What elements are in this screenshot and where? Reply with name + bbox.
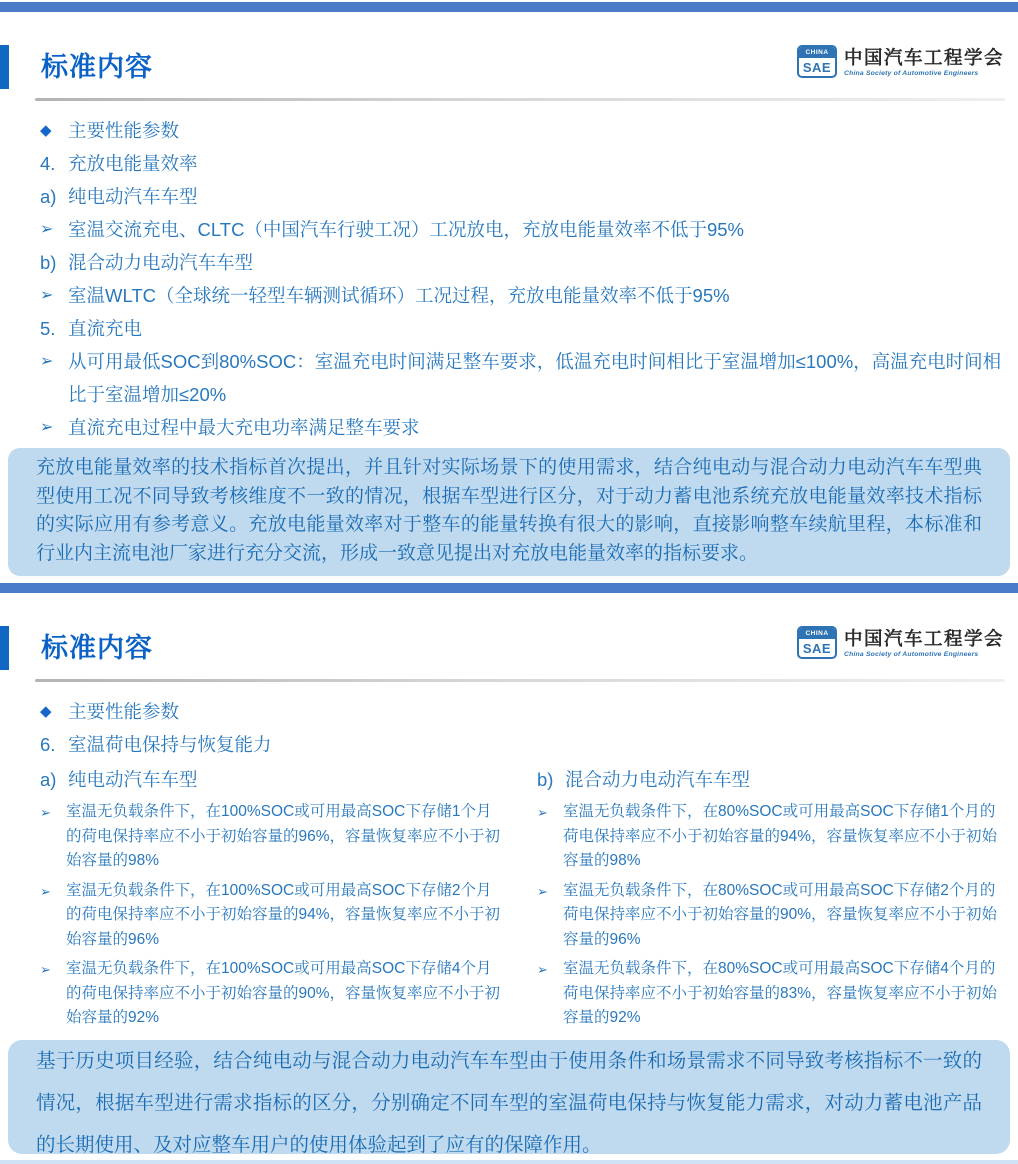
brand-name-cn: 中国汽车工程学会 (844, 628, 1004, 649)
badge-china-label: CHINA (799, 628, 835, 639)
slide-top-bar (0, 2, 1018, 12)
list-item: ➢ 室温无负载条件下，在100%SOC或可用最高SOC下存储1个月的荷电保持率应… (40, 800, 501, 874)
column-header-text: 混合动力电动汽车车型 (565, 765, 998, 795)
arrow-bullet-icon: ➢ (40, 879, 66, 953)
arrow-bullet-icon: ➢ (40, 411, 68, 444)
letter-marker: a) (40, 765, 68, 795)
list-item-text: 混合动力电动汽车车型 (68, 246, 1004, 279)
list-item-text: 室温无负载条件下，在80%SOC或可用最高SOC下存储2个月的荷电保持率应不小于… (563, 879, 998, 953)
arrow-bullet-icon: ➢ (40, 279, 68, 312)
list-item-text: 充放电能量效率 (68, 147, 1004, 180)
diamond-icon: ◆ (40, 114, 68, 147)
list-item-text: 主要性能参数 (68, 114, 1004, 147)
letter-marker: b) (40, 246, 68, 279)
slide-top-bar (0, 583, 1018, 593)
brand-name-en: China Society of Automotive Engineers (844, 70, 1004, 77)
arrow-bullet-icon: ➢ (537, 957, 563, 1031)
column-a: a) 纯电动汽车车型 ➢ 室温无负载条件下，在100%SOC或可用最高SOC下存… (40, 765, 501, 1031)
list-item: ➢ 直流充电过程中最大充电功率满足整车要求 (40, 411, 1004, 444)
arrow-bullet-icon: ➢ (40, 957, 66, 1031)
title-accent-bar (0, 45, 9, 89)
two-column-area: a) 纯电动汽车车型 ➢ 室温无负载条件下，在100%SOC或可用最高SOC下存… (40, 765, 998, 1031)
number-marker: 6. (40, 728, 68, 761)
list-item: 5. 直流充电 (40, 312, 1004, 345)
content-list: ◆ 主要性能参数 6. 室温荷电保持与恢复能力 (40, 695, 1004, 761)
brand-name-cn: 中国汽车工程学会 (844, 47, 1004, 68)
list-item: ➢ 室温无负载条件下，在80%SOC或可用最高SOC下存储2个月的荷电保持率应不… (537, 879, 998, 953)
sae-logo: CHINA SAE 中国汽车工程学会 China Society of Auto… (797, 626, 1004, 659)
list-item: ◆ 主要性能参数 (40, 114, 1004, 147)
column-header-text: 纯电动汽车车型 (68, 765, 501, 795)
list-item-text: 室温无负载条件下，在80%SOC或可用最高SOC下存储4个月的荷电保持率应不小于… (563, 957, 998, 1031)
list-item: ➢ 室温无负载条件下，在80%SOC或可用最高SOC下存储4个月的荷电保持率应不… (537, 957, 998, 1031)
heading-text: 室温荷电保持与恢复能力 (68, 728, 1004, 761)
column-b: b) 混合动力电动汽车车型 ➢ 室温无负载条件下，在80%SOC或可用最高SOC… (537, 765, 998, 1031)
list-item-text: 室温无负载条件下，在80%SOC或可用最高SOC下存储1个月的荷电保持率应不小于… (563, 800, 998, 874)
list-item-text: 室温WLTC（全球统一轻型车辆测试循环）工况过程，充放电能量效率不低于95% (68, 279, 1004, 312)
column-a-header: a) 纯电动汽车车型 (40, 765, 501, 795)
sae-badge-icon: CHINA SAE (797, 626, 837, 659)
list-item: 6. 室温荷电保持与恢复能力 (40, 728, 1004, 761)
letter-marker: a) (40, 180, 68, 213)
header-divider (35, 98, 1005, 101)
letter-marker: b) (537, 765, 565, 795)
brand-name-en: China Society of Automotive Engineers (844, 651, 1004, 658)
sae-logo: CHINA SAE 中国汽车工程学会 China Society of Auto… (797, 45, 1004, 78)
badge-sae-label: SAE (799, 639, 835, 657)
list-item-text: 室温无负载条件下，在100%SOC或可用最高SOC下存储1个月的荷电保持率应不小… (66, 800, 501, 874)
list-item: a) 纯电动汽车车型 (40, 180, 1004, 213)
slide-1: 标准内容 CHINA SAE 中国汽车工程学会 China Society of… (0, 0, 1018, 581)
arrow-bullet-icon: ➢ (537, 800, 563, 874)
list-item-text: 直流充电 (68, 312, 1004, 345)
page-bottom-strip (0, 1160, 1018, 1164)
list-item: ◆ 主要性能参数 (40, 695, 1004, 728)
summary-note: 充放电能量效率的技术指标首次提出，并且针对实际场景下的使用需求，结合纯电动与混合… (8, 448, 1010, 576)
page-title: 标准内容 (41, 45, 153, 89)
list-item-text: 室温无负载条件下，在100%SOC或可用最高SOC下存储2个月的荷电保持率应不小… (66, 879, 501, 953)
page-title: 标准内容 (41, 626, 153, 670)
column-b-header: b) 混合动力电动汽车车型 (537, 765, 998, 795)
content-list: ◆ 主要性能参数 4. 充放电能量效率 a) 纯电动汽车车型 ➢ 室温交流充电、… (40, 114, 1004, 444)
list-item: 4. 充放电能量效率 (40, 147, 1004, 180)
list-item: ➢ 室温WLTC（全球统一轻型车辆测试循环）工况过程，充放电能量效率不低于95% (40, 279, 1004, 312)
list-item-text: 纯电动汽车车型 (68, 180, 1004, 213)
arrow-bullet-icon: ➢ (537, 879, 563, 953)
slide-header: 标准内容 CHINA SAE 中国汽车工程学会 China Society of… (0, 626, 1018, 670)
header-divider (35, 679, 1005, 682)
list-item: ➢ 室温无负载条件下，在100%SOC或可用最高SOC下存储4个月的荷电保持率应… (40, 957, 501, 1031)
list-item: ➢ 室温无负载条件下，在100%SOC或可用最高SOC下存储2个月的荷电保持率应… (40, 879, 501, 953)
brand-name: 中国汽车工程学会 China Society of Automotive Eng… (844, 47, 1004, 77)
slide-2: 标准内容 CHINA SAE 中国汽车工程学会 China Society of… (0, 581, 1018, 1164)
number-marker: 5. (40, 312, 68, 345)
brand-name: 中国汽车工程学会 China Society of Automotive Eng… (844, 628, 1004, 658)
arrow-bullet-icon: ➢ (40, 800, 66, 874)
list-item: ➢ 从可用最低SOC到80%SOC：室温充电时间满足整车要求，低温充电时间相比于… (40, 345, 1004, 411)
list-item: ➢ 室温交流充电、CLTC（中国汽车行驶工况）工况放电，充放电能量效率不低于95… (40, 213, 1004, 246)
list-item: ➢ 室温无负载条件下，在80%SOC或可用最高SOC下存储1个月的荷电保持率应不… (537, 800, 998, 874)
number-marker: 4. (40, 147, 68, 180)
list-item-text: 室温交流充电、CLTC（中国汽车行驶工况）工况放电，充放电能量效率不低于95% (68, 213, 1004, 246)
arrow-bullet-icon: ➢ (40, 345, 68, 411)
section-label: 主要性能参数 (68, 695, 1004, 728)
badge-sae-label: SAE (799, 58, 835, 76)
list-item-text: 从可用最低SOC到80%SOC：室温充电时间满足整车要求，低温充电时间相比于室温… (68, 345, 1004, 411)
sae-badge-icon: CHINA SAE (797, 45, 837, 78)
title-accent-bar (0, 626, 9, 670)
summary-note: 基于历史项目经验，结合纯电动与混合动力电动汽车车型由于使用条件和场景需求不同导致… (8, 1040, 1010, 1154)
diamond-icon: ◆ (40, 695, 68, 728)
list-item-text: 室温无负载条件下，在100%SOC或可用最高SOC下存储4个月的荷电保持率应不小… (66, 957, 501, 1031)
list-item: b) 混合动力电动汽车车型 (40, 246, 1004, 279)
badge-china-label: CHINA (799, 47, 835, 58)
arrow-bullet-icon: ➢ (40, 213, 68, 246)
list-item-text: 直流充电过程中最大充电功率满足整车要求 (68, 411, 1004, 444)
slide-header: 标准内容 CHINA SAE 中国汽车工程学会 China Society of… (0, 45, 1018, 89)
